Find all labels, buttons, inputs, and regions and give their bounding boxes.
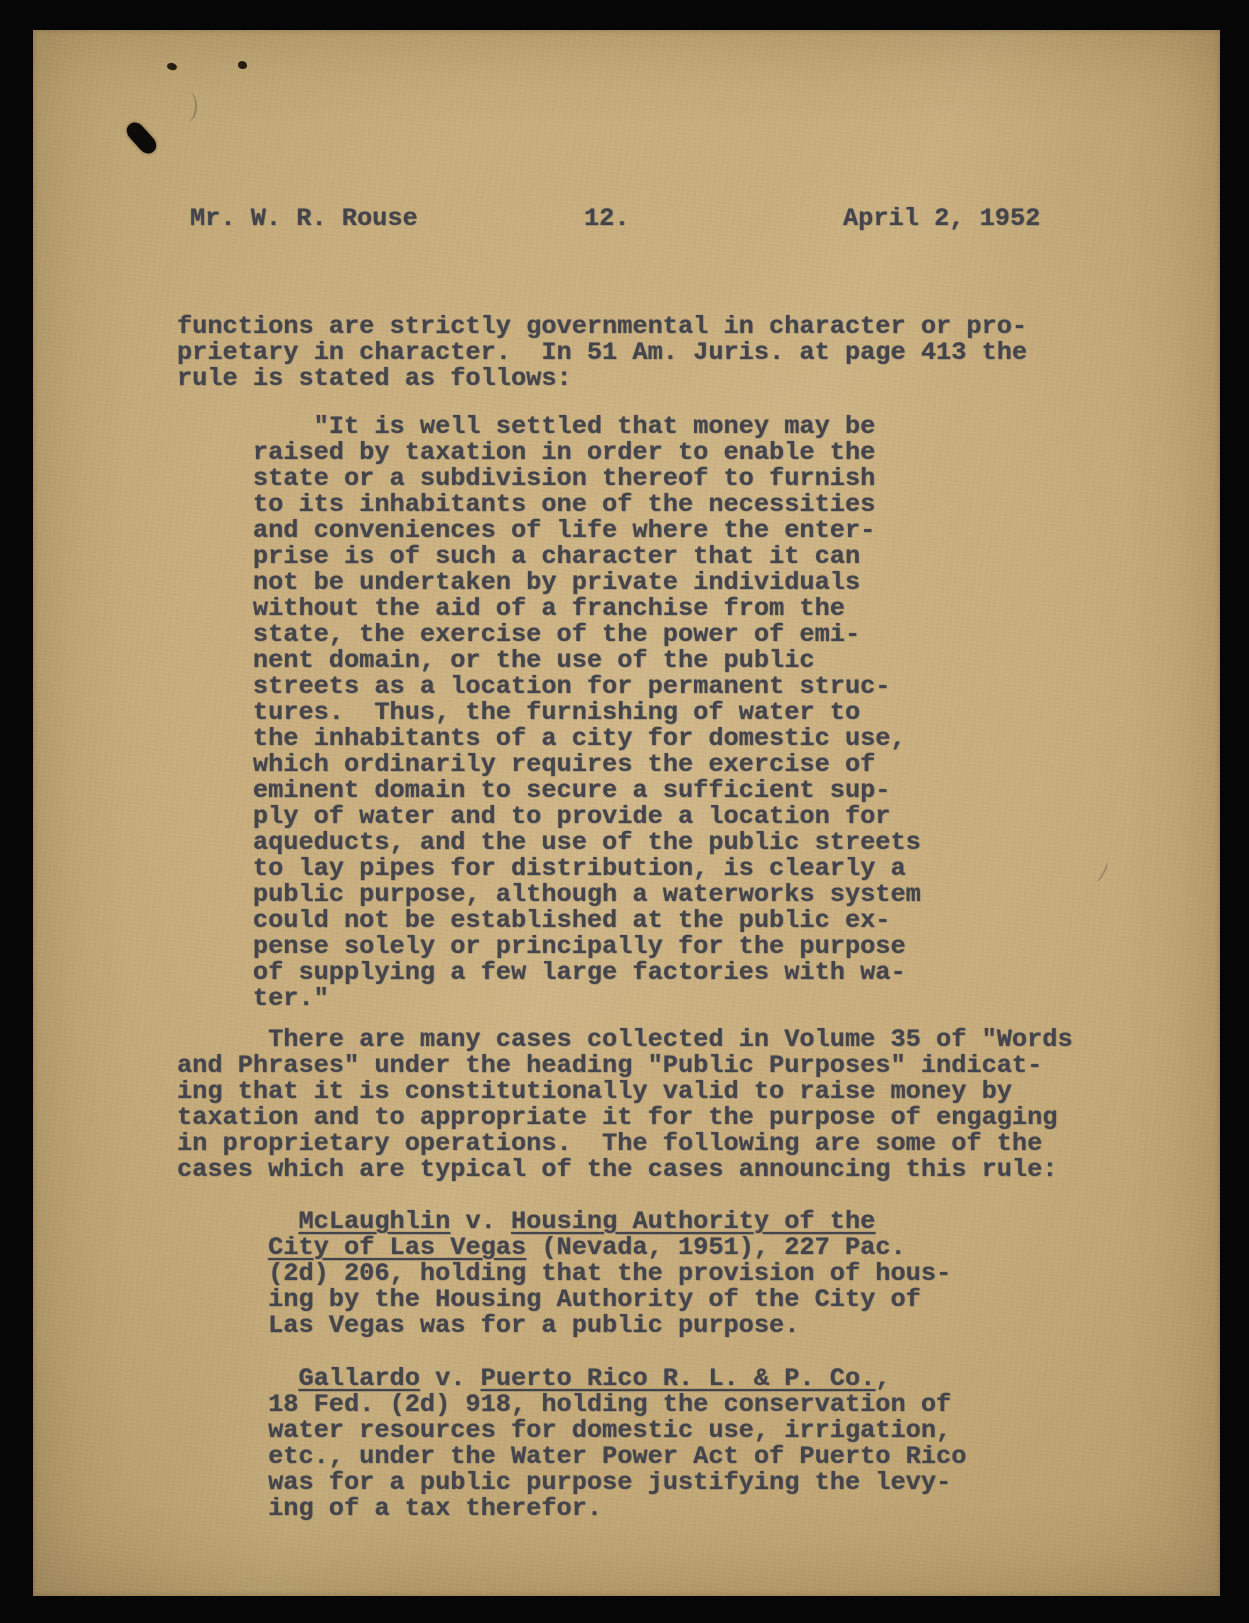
citation-mclaughlin: McLaughlin v. Housing Authority of the C…	[177, 1209, 951, 1339]
pencil-mark	[1090, 859, 1109, 883]
header-date: April 2, 1952	[843, 206, 1040, 232]
paragraph-intro: functions are strictly governmental in c…	[177, 314, 1027, 392]
block-quote: "It is well settled that money may be ra…	[177, 414, 921, 1012]
document-page: Mr. W. R. Rouse 12. April 2, 1952 functi…	[33, 30, 1220, 1596]
photo-background: Mr. W. R. Rouse 12. April 2, 1952 functi…	[0, 0, 1249, 1623]
header-page-number: 12.	[584, 206, 630, 232]
pencil-mark	[183, 91, 198, 122]
ink-speck	[238, 61, 247, 69]
paragraph-cases: There are many cases collected in Volume…	[177, 1027, 1073, 1183]
citation-gallardo: Gallardo v. Puerto Rico R. L. & P. Co., …	[177, 1366, 966, 1522]
header-recipient: Mr. W. R. Rouse	[190, 206, 418, 232]
ink-speck	[166, 62, 178, 72]
hole-punch-mark	[123, 119, 160, 157]
